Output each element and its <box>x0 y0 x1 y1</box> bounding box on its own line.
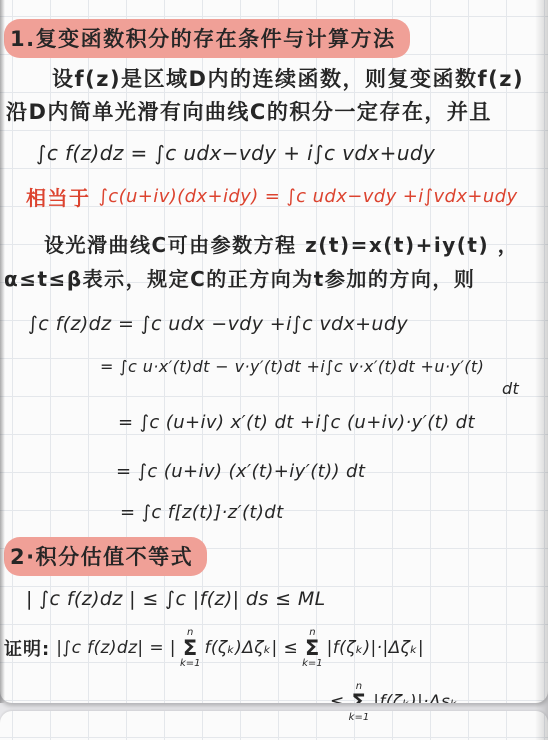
paragraph-2-line-2: α≤t≤β表示，规定C的正方向为t参加的方向，则 <box>4 263 475 292</box>
red-note-prefix: 相当于 <box>26 182 91 211</box>
sum-symbol: n Σ k=1 <box>349 711 370 723</box>
sum-lower-limit: k=1 <box>180 659 201 669</box>
sigma-icon: Σ <box>352 692 367 704</box>
derivation-step-5: = ∫c f[z(t)]·z′(t)dt <box>120 502 284 523</box>
proof-segment-3: |f(ζₖ)|·|Δζₖ| <box>327 638 424 658</box>
formula-integral-definition: ∫c f(z)dz = ∫c udx−vdy + i∫c vdx+udy <box>36 141 435 165</box>
paragraph-1-line-1: 设f(z)是区域D内的连续函数，则复变函数f(z) <box>52 63 524 93</box>
note-card-bottom: ≤ n Σ k=1 |f(ζₖ)|·Δsₖ <box>0 711 548 740</box>
sum-symbol: n Σ k=1 <box>180 628 201 669</box>
sigma-icon: Σ <box>305 638 320 659</box>
estimate-inequality-formula: | ∫c f(z)dz | ≤ ∫c |f(z)| ds ≤ ML <box>26 588 326 610</box>
sum-symbol: n Σ k=1 <box>349 682 370 704</box>
proof-continuation-segment: |f(ζₖ)|·Δsₖ <box>373 711 458 712</box>
sum-lower-limit: k=1 <box>302 659 323 669</box>
proof-continuation-bottom: ≤ n Σ k=1 |f(ζₖ)|·Δsₖ <box>330 711 458 728</box>
proof-segment-1: |∫c f(z)dz| = | <box>56 638 176 658</box>
less-equal-sign: ≤ <box>330 692 345 703</box>
section-2-heading: 2·积分估值不等式 <box>4 537 207 576</box>
handwritten-notes-page: 1.复变函数积分的存在条件与计算方法 设f(z)是区域D内的连续函数，则复变函数… <box>0 0 548 740</box>
proof-segment-2: f(ζₖ)Δζₖ| ≤ <box>204 638 298 658</box>
derivation-step-2-wrapped-dt: dt <box>502 379 519 398</box>
proof-line: 证明: |∫c f(z)dz| = | n Σ k=1 f(ζₖ)Δζₖ| ≤ … <box>4 622 424 674</box>
derivation-step-3: = ∫c (u+iv) x′(t) dt +i∫c (u+iv)·y′(t) d… <box>118 412 475 433</box>
sum-lower-limit: k=1 <box>349 713 370 723</box>
proof-continuation-segment: |f(ζₖ)|·Δsₖ <box>373 692 458 703</box>
red-equivalence-note: 相当于 ∫c(u+iv)(dx+idy) = ∫c udx−vdy +i∫vdx… <box>26 182 518 211</box>
derivation-step-1: ∫c f(z)dz = ∫c udx −vdy +i∫c vdx+udy <box>28 313 408 335</box>
paragraph-2-line-1: 设光滑曲线C可由参数方程 z(t)=x(t)+iy(t) ， <box>44 229 519 258</box>
sum-symbol: n Σ k=1 <box>302 628 323 669</box>
red-note-formula: ∫c(u+iv)(dx+idy) = ∫c udx−vdy +i∫vdx+udy <box>99 186 518 207</box>
proof-continuation-top: ≤ n Σ k=1 |f(ζₖ)|·Δsₖ <box>330 676 458 703</box>
derivation-step-4: = ∫c (u+iv) (x′(t)+iy′(t)) dt <box>116 461 365 482</box>
sigma-icon: Σ <box>183 638 198 659</box>
heading-highlight: 1.复变函数积分的存在条件与计算方法 <box>4 19 410 58</box>
paragraph-1-line-2: 沿D内简单光滑有向曲线C的积分一定存在，并且 <box>6 96 492 126</box>
proof-label: 证明: <box>4 635 50 661</box>
section-1-heading: 1.复变函数积分的存在条件与计算方法 <box>4 19 410 58</box>
note-card-top: 1.复变函数积分的存在条件与计算方法 设f(z)是区域D内的连续函数，则复变函数… <box>0 0 548 703</box>
less-equal-sign: ≤ <box>330 711 345 712</box>
heading-highlight: 2·积分估值不等式 <box>4 537 207 576</box>
derivation-step-2: = ∫c u·x′(t)dt − v·y′(t)dt +i∫c v·x′(t)d… <box>100 357 484 376</box>
